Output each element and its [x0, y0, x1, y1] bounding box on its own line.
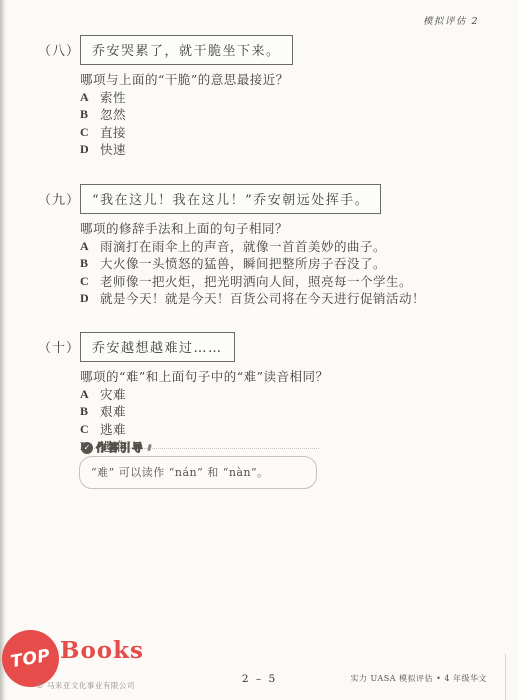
option-label: D	[80, 141, 100, 158]
option-row: A 雨滴打在雨伞上的声音，就像一首首美妙的曲子。	[80, 238, 497, 255]
option-text: 灾难	[100, 386, 126, 403]
checkmark-icon: ✓	[81, 442, 93, 454]
option-label: C	[80, 421, 100, 438]
option-label: B	[80, 106, 100, 123]
option-row: C 逃难	[80, 421, 497, 438]
option-row: C 老师像一把火炬，把光明洒向人间，照亮每一个学生。	[80, 273, 497, 290]
answer-guide-badge-label: 作答引导	[96, 440, 144, 455]
option-row: C 直接	[80, 124, 497, 141]
question-prompt: 哪项的修辞手法和上面的句子相同？	[80, 220, 497, 237]
option-row: B 大火像一头愤怒的猛兽，瞬间把整所房子吞没了。	[80, 255, 497, 272]
question-number: （八）	[38, 35, 80, 59]
option-row: B 艰难	[80, 403, 497, 420]
option-label: A	[80, 386, 100, 403]
option-label: D	[80, 290, 100, 307]
option-row: D 就是今天！就是今天！百货公司将在今天进行促销活动！	[80, 290, 497, 307]
question-prompt: 哪项的“难”和上面句子中的“难”读音相同？	[80, 368, 497, 385]
option-text: 艰难	[100, 403, 126, 420]
option-text: 快速	[100, 141, 126, 158]
option-row: A 灾难	[80, 386, 497, 403]
question-9-body: 哪项的修辞手法和上面的句子相同？ A 雨滴打在雨伞上的声音，就像一首首美妙的曲子…	[80, 220, 497, 307]
logo-books-text: Books	[60, 637, 144, 664]
answer-guide-note-box: “难” 可以读作 “nán” 和 “nàn”。	[79, 456, 317, 489]
stimulus-box: 乔安越想越难过……	[80, 332, 235, 362]
option-text: 直接	[100, 124, 126, 141]
answer-guide: ✓ 作答引导 “难” 可以读作 “nán” 和 “nàn”。	[79, 440, 317, 489]
option-text: 忽然	[100, 106, 126, 123]
page-header-label: 模拟评估 2	[423, 13, 479, 27]
question-prompt: 哪项与上面的“干脆”的意思最接近？	[80, 71, 497, 88]
question-10-head: （十） 乔安越想越难过……	[38, 332, 497, 362]
question-8: （八） 乔安哭累了，就干脆坐下来。 哪项与上面的“干脆”的意思最接近？ A 索性…	[38, 35, 497, 158]
option-label: A	[80, 238, 100, 255]
option-text: 就是今天！就是今天！百货公司将在今天进行促销活动！	[100, 290, 425, 307]
exam-paper-page: { "header": { "right_label": "模拟评估 2" },…	[0, 0, 519, 700]
option-text: 雨滴打在雨伞上的声音，就像一首首美妙的曲子。	[100, 238, 386, 255]
question-9: （九） “我在这儿！我在这儿！”乔安朝远处挥手。 哪项的修辞手法和上面的句子相同…	[38, 184, 497, 307]
option-label: C	[80, 124, 100, 141]
option-text: 老师像一把火炬，把光明洒向人间，照亮每一个学生。	[100, 273, 412, 290]
option-text: 索性	[100, 89, 126, 106]
question-8-head: （八） 乔安哭累了，就干脆坐下来。	[38, 35, 497, 65]
option-row: B 忽然	[80, 106, 497, 123]
option-row: A 索性	[80, 89, 497, 106]
footer-edition-label: 实力 UASA 模拟评估 • 4 年级华文	[350, 673, 487, 684]
question-number: （九）	[38, 184, 80, 208]
stimulus-box: 乔安哭累了，就干脆坐下来。	[80, 35, 293, 65]
stimulus-box: “我在这儿！我在这儿！”乔安朝远处挥手。	[80, 184, 381, 214]
question-number: （十）	[38, 332, 80, 356]
question-8-body: 哪项与上面的“干脆”的意思最接近？ A 索性 B 忽然 C 直接 D 快速	[80, 71, 497, 158]
question-10: （十） 乔安越想越难过…… 哪项的“难”和上面句子中的“难”读音相同？ A 灾难…	[38, 332, 497, 455]
option-label: B	[80, 403, 100, 420]
option-text: 大火像一头愤怒的猛兽，瞬间把整所房子吞没了。	[100, 255, 386, 272]
answer-guide-badge: ✓ 作答引导	[79, 440, 317, 455]
question-9-head: （九） “我在这儿！我在这儿！”乔安朝远处挥手。	[38, 184, 497, 214]
scan-left-edge-shadow	[0, 0, 6, 700]
option-row: D 快速	[80, 141, 497, 158]
option-label: B	[80, 255, 100, 272]
option-label: A	[80, 89, 100, 106]
option-text: 逃难	[100, 421, 126, 438]
option-label: C	[80, 273, 100, 290]
